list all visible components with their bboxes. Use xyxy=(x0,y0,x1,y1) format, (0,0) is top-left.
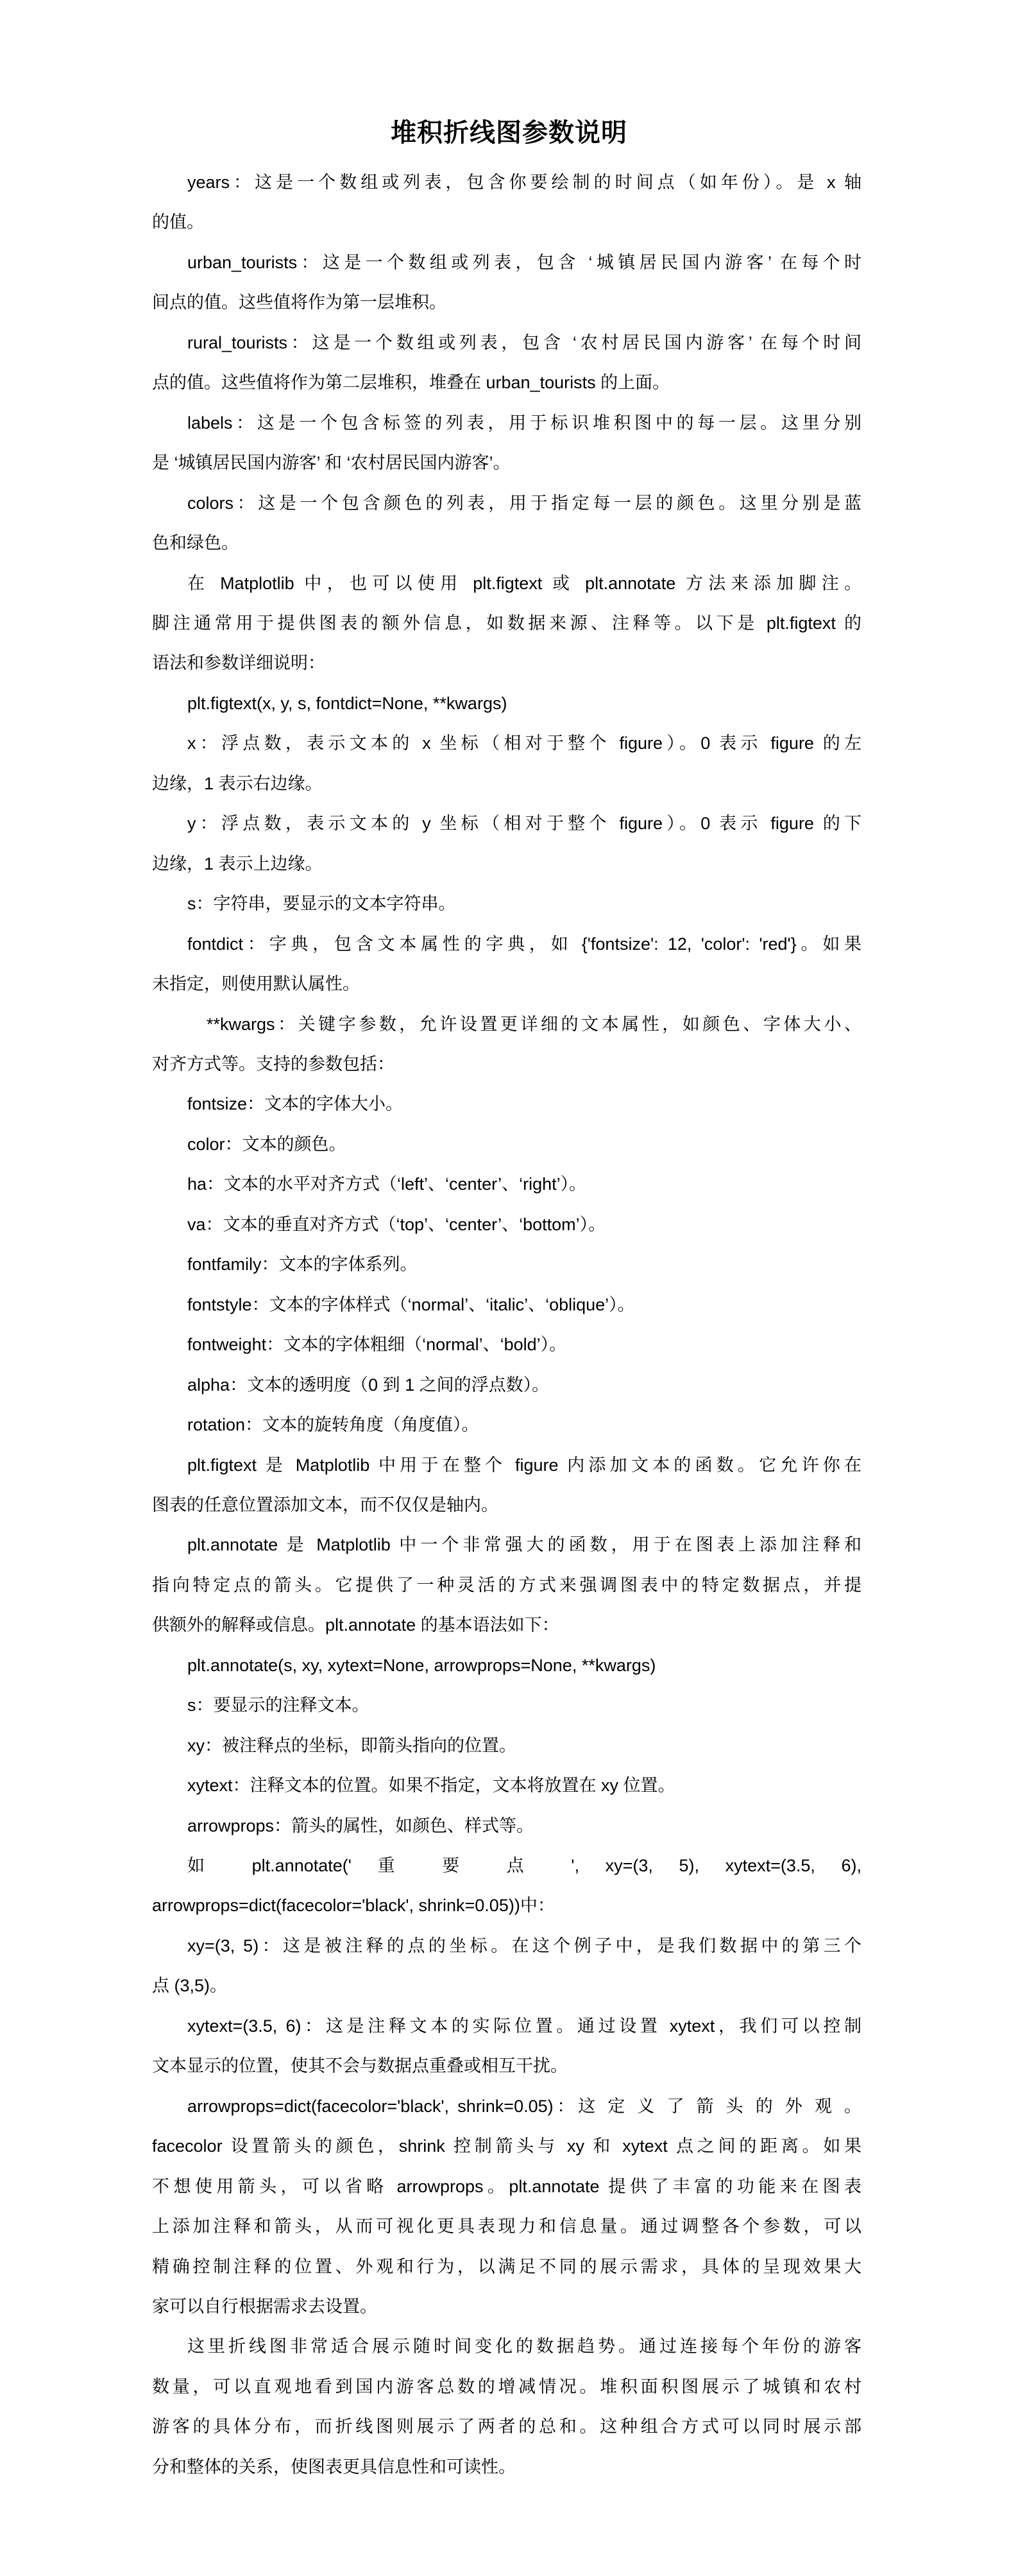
text-line: 这里折线图非常适合展示随时间变化的数据趋势。通过连接每个年份的游客 xyxy=(152,2326,861,2366)
text-line: 对齐方式等。支持的参数包括： xyxy=(152,1044,861,1084)
text-line: 分和整体的关系，使图表更具信息性和可读性。 xyxy=(152,2447,861,2487)
text-line: 语法和参数详细说明： xyxy=(152,643,861,683)
text-line: fontdict：字典，包含文本属性的字典，如 {'fontsize': 12,… xyxy=(152,924,861,964)
text-line: 点的值。这些值将作为第二层堆积，堆叠在 urban_tourists 的上面。 xyxy=(152,363,861,402)
param-item: xytext：注释文本的位置。如果不指定，文本将放置在 xy 位置。 xyxy=(152,1765,861,1805)
text-line: 指向特定点的箭头。它提供了一种灵活的方式来强调图表中的特定数据点，并提 xyxy=(152,1565,861,1605)
text-line: 点 (3,5)。 xyxy=(152,1966,861,2005)
text-line: 数量，可以直观地看到国内游客总数的增减情况。堆积面积图展示了城镇和农村 xyxy=(152,2367,861,2407)
param-item: rotation：文本的旋转角度（角度值）。 xyxy=(152,1405,861,1445)
text-line: xy=(3, 5)：这是被注释的点的坐标。在这个例子中，是我们数据中的第三个 xyxy=(152,1926,861,1966)
param-item: va：文本的垂直对齐方式（‘top’、‘center’、‘bottom’）。 xyxy=(152,1205,861,1244)
text-line: **kwargs：关键字参数，允许设置更详细的文本属性，如颜色、字体大小、 xyxy=(152,1004,861,1044)
text-line: 是 ‘城镇居民国内游客’ 和 ‘农村居民国内游客’。 xyxy=(152,443,861,483)
text-line: 供额外的解释或信息。plt.annotate 的基本语法如下： xyxy=(152,1605,861,1645)
document-body: years：这是一个数组或列表，包含你要绘制的时间点（如年份）。是 x 轴 的值… xyxy=(152,162,861,2487)
text-line: arrowprops=dict(facecolor='black', shrin… xyxy=(152,1885,861,1925)
param-item: fontsize：文本的字体大小。 xyxy=(152,1084,861,1124)
text-line: y：浮点数，表示文本的 y 坐标（相对于整个 figure）。0 表示 figu… xyxy=(152,803,861,843)
code-line: plt.figtext(x, y, s, fontdict=None, **kw… xyxy=(152,683,861,723)
param-item: color：文本的颜色。 xyxy=(152,1124,861,1164)
text-line: 边缘，1 表示上边缘。 xyxy=(152,844,861,884)
code-line: plt.annotate(s, xy, xytext=None, arrowpr… xyxy=(152,1645,861,1685)
page-title: 堆积折线图参数说明 xyxy=(0,115,1018,151)
text-line: 如 plt.annotate(' 重 要 点 ', xy=(3, 5), xyt… xyxy=(152,1846,861,1885)
text-line: 在 Matplotlib 中，也可以使用 plt.figtext 或 plt.a… xyxy=(152,563,861,603)
text-line: years：这是一个数组或列表，包含你要绘制的时间点（如年份）。是 x 轴 xyxy=(152,162,861,202)
text-line: 精确控制注释的位置、外观和行为，以满足不同的展示需求，具体的呈现效果大 xyxy=(152,2247,861,2287)
text-line: plt.annotate 是 Matplotlib 中一个非常强大的函数，用于在… xyxy=(152,1525,861,1565)
param-item: fontfamily：文本的字体系列。 xyxy=(152,1244,861,1284)
param-item: arrowprops：箭头的属性，如颜色、样式等。 xyxy=(152,1806,861,1846)
text-line: 游客的具体分布，而折线图则展示了两者的总和。这种组合方式可以同时展示部 xyxy=(152,2407,861,2446)
text-line: x：浮点数，表示文本的 x 坐标（相对于整个 figure）。0 表示 figu… xyxy=(152,723,861,763)
text-line: plt.figtext 是 Matplotlib 中用于在整个 figure 内… xyxy=(152,1445,861,1485)
text-line: 间点的值。这些值将作为第一层堆积。 xyxy=(152,282,861,322)
param-item: fontstyle：文本的字体样式（‘normal’、‘italic’、‘obl… xyxy=(152,1285,861,1325)
text-line: arrowprops=dict(facecolor='black', shrin… xyxy=(152,2086,861,2126)
text-line: urban_tourists：这是一个数组或列表，包含 ‘城镇居民国内游客’ 在… xyxy=(152,243,861,282)
text-line: 脚注通常用于提供图表的额外信息，如数据来源、注释等。以下是 plt.figtex… xyxy=(152,603,861,643)
param-item: ha：文本的水平对齐方式（‘left’、‘center’、‘right’）。 xyxy=(152,1164,861,1204)
text-line: 文本显示的位置，使其不会与数据点重叠或相互干扰。 xyxy=(152,2046,861,2086)
text-line: 边缘，1 表示右边缘。 xyxy=(152,764,861,803)
text-line: 的值。 xyxy=(152,202,861,242)
text-line: labels：这是一个包含标签的列表，用于标识堆积图中的每一层。这里分别 xyxy=(152,403,861,443)
param-item: alpha：文本的透明度（0 到 1 之间的浮点数）。 xyxy=(152,1365,861,1405)
text-line: 不想使用箭头，可以省略 arrowprops。plt.annotate 提供了丰… xyxy=(152,2167,861,2206)
text-line: xytext=(3.5, 6)：这是注释文本的实际位置。通过设置 xytext，… xyxy=(152,2006,861,2046)
text-line: s：字符串，要显示的文本字符串。 xyxy=(152,884,861,923)
text-line: 色和绿色。 xyxy=(152,523,861,563)
text-line: 上添加注释和箭头，从而可视化更具表现力和信息量。通过调整各个参数，可以 xyxy=(152,2206,861,2246)
param-item: s：要显示的注释文本。 xyxy=(152,1685,861,1725)
text-line: colors：这是一个包含颜色的列表，用于指定每一层的颜色。这里分别是蓝 xyxy=(152,483,861,523)
text-line: 未指定，则使用默认属性。 xyxy=(152,964,861,1004)
text-line: rural_tourists：这是一个数组或列表，包含 ‘农村居民国内游客’ 在… xyxy=(152,323,861,363)
text-line: 家可以自行根据需求去设置。 xyxy=(152,2287,861,2326)
text-line: 图表的任意位置添加文本，而不仅仅是轴内。 xyxy=(152,1485,861,1525)
param-item: xy：被注释点的坐标，即箭头指向的位置。 xyxy=(152,1726,861,1765)
param-item: fontweight：文本的字体粗细（‘normal’、‘bold’）。 xyxy=(152,1325,861,1364)
text-line: facecolor 设置箭头的颜色，shrink 控制箭头与 xy 和 xyte… xyxy=(152,2126,861,2166)
